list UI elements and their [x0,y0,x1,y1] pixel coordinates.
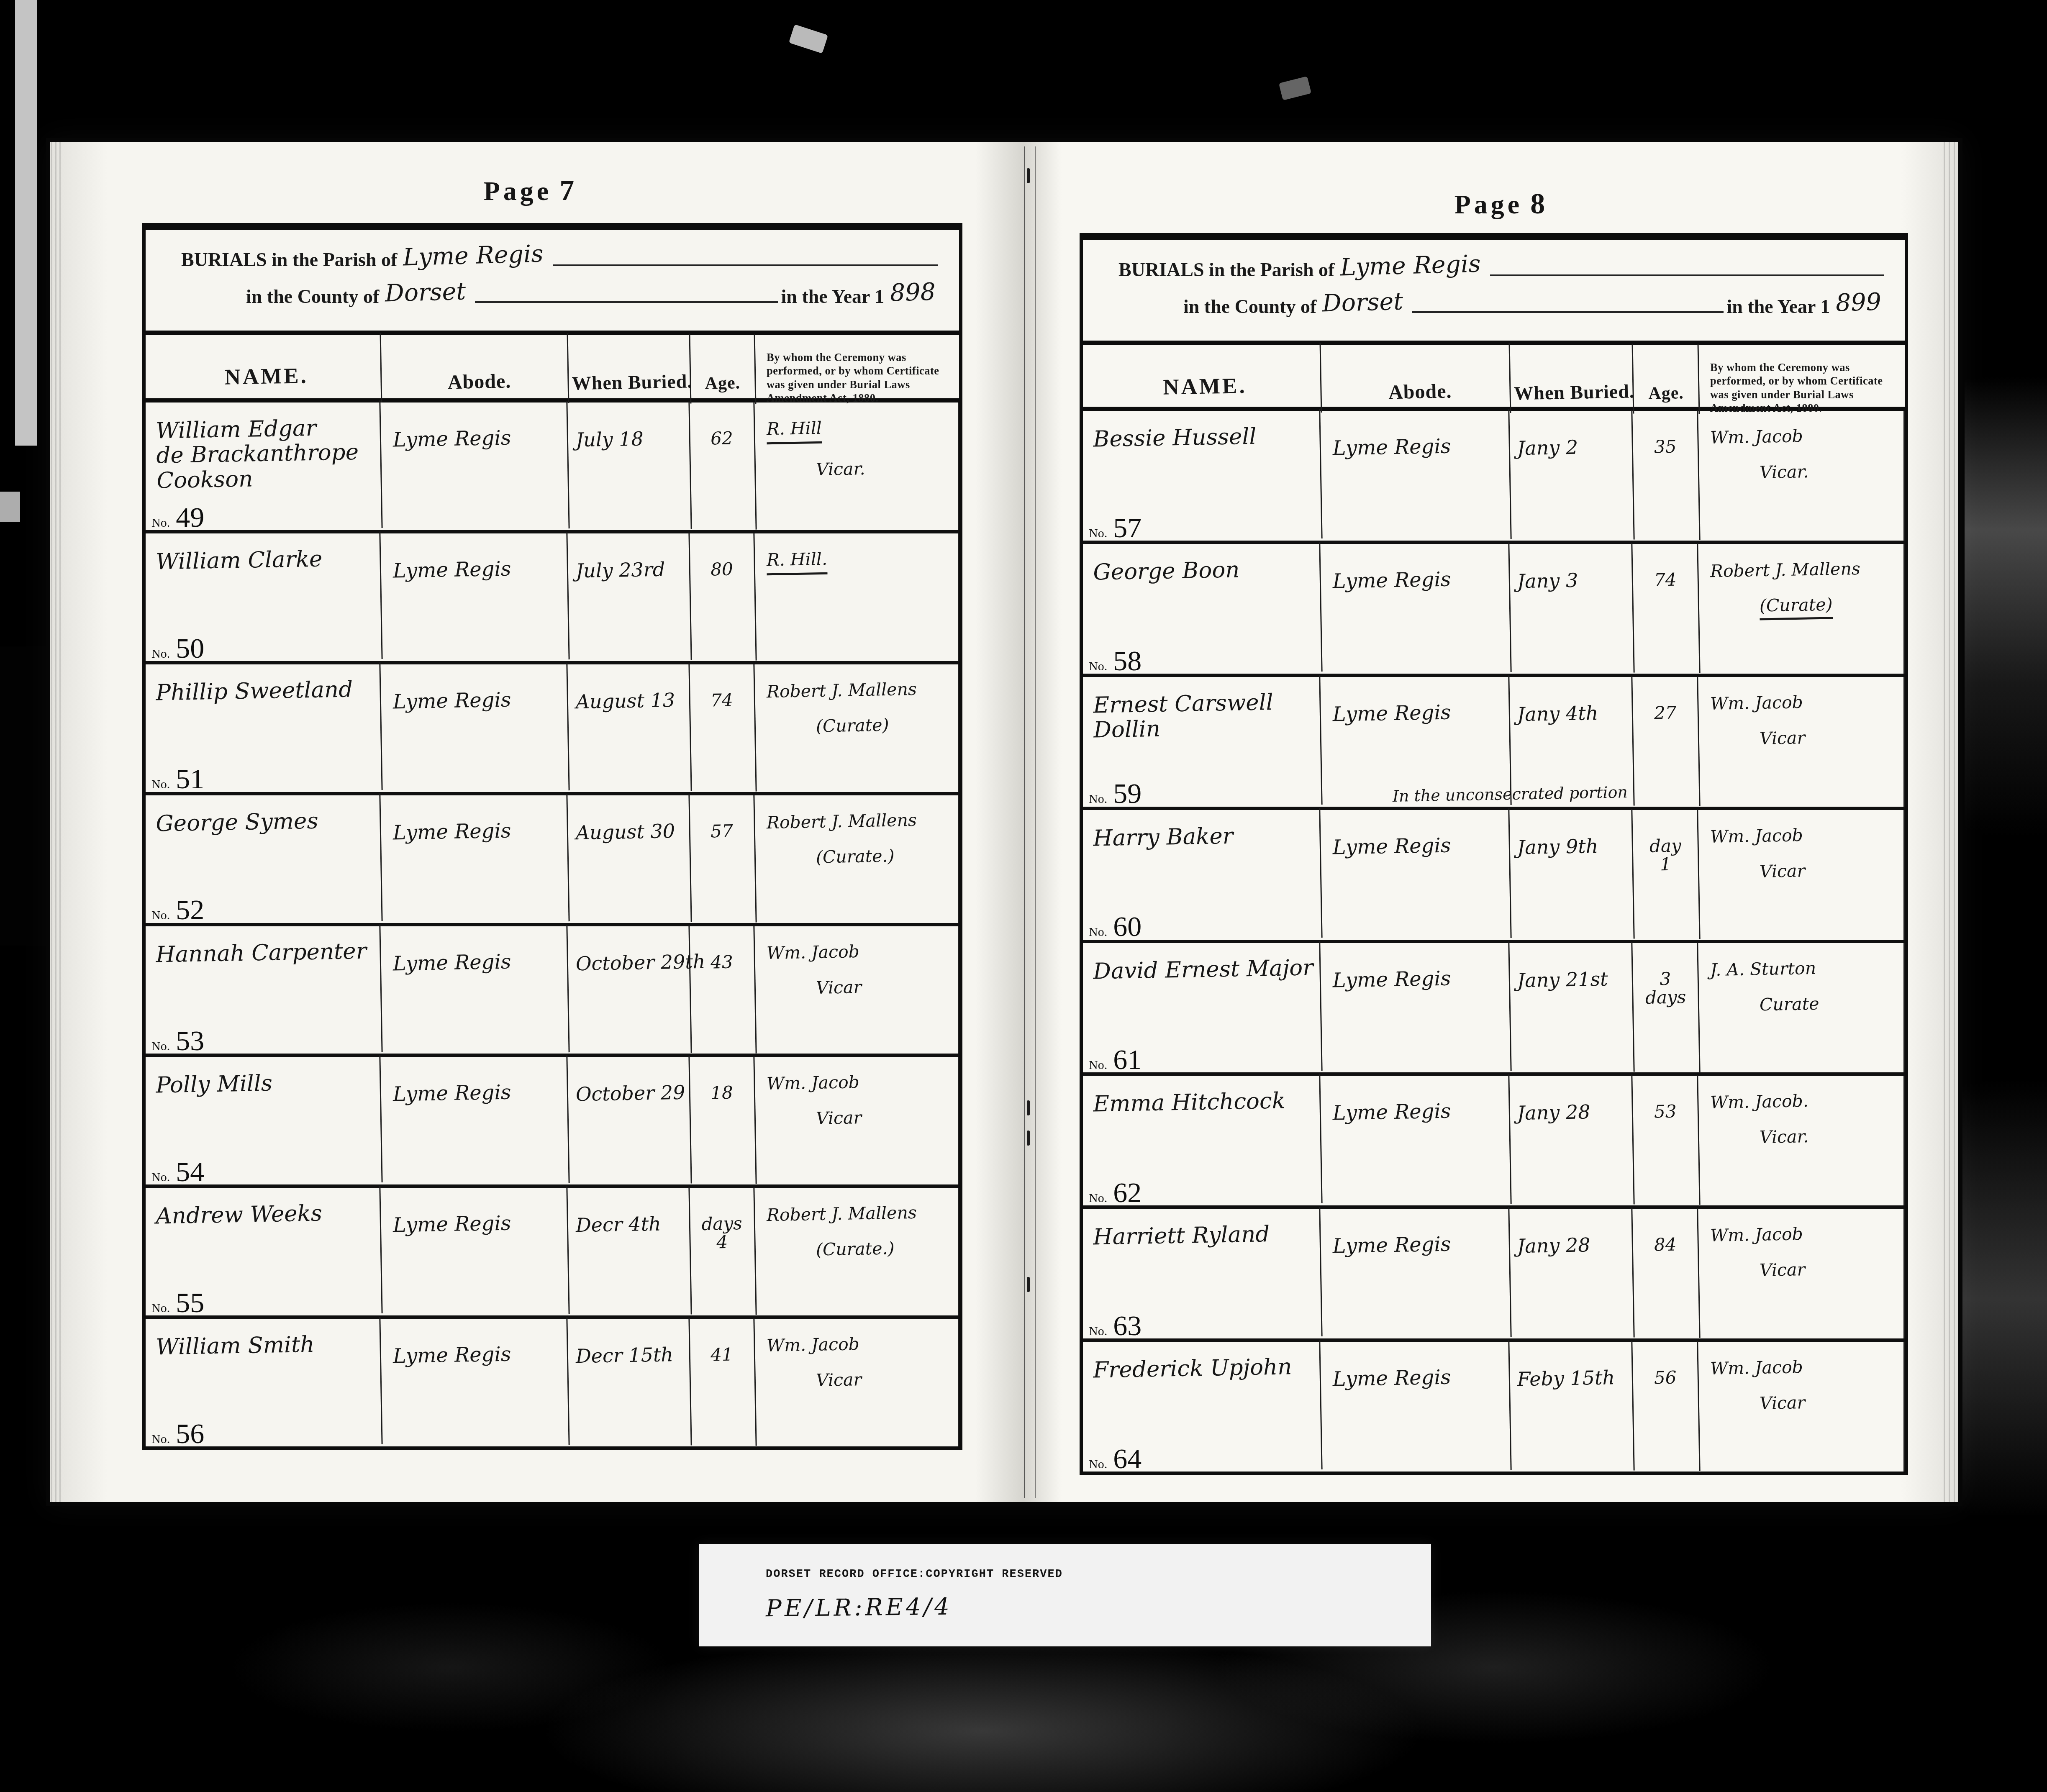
header-name: NAME. [1082,343,1322,417]
officiant-title: (Curate.) [816,846,895,867]
entry-age: 35 [1632,410,1700,541]
table-row: Phillip Sweetland Lyme Regis August 13 7… [146,664,959,795]
entry-number: No. 52 [151,897,204,923]
film-streak [1965,377,2047,837]
page-number: 8 [1530,188,1546,220]
year-prefix: in the Year 1 [1727,295,1830,318]
entry-abode: Lyme Regis [1320,1340,1511,1473]
table-row: William Smith Lyme Regis Decr 15th 41 Wm… [146,1319,959,1446]
no-label: No. [151,1432,170,1446]
officiant-title: Vicar [816,977,862,998]
entry-rows: Bessie Hussell Lyme Regis Jany 2 35 Wm. … [1083,411,1905,1472]
entry-burial-date: Jany 21st [1509,942,1635,1074]
table-row: Bessie Hussell Lyme Regis Jany 2 35 Wm. … [1083,411,1905,544]
no-value: 51 [176,766,204,792]
ruled-line [1490,268,1884,276]
entry-abode: Lyme Regis [1320,1207,1511,1340]
entry-officiant: Robert J. Mallens (Curate.) [756,1188,959,1315]
entry-number: No. 61 [1089,1047,1141,1072]
no-label: No. [1089,526,1107,541]
no-value: 55 [176,1290,204,1315]
header-name: NAME. [145,333,382,407]
entry-burial-date: Jany 28 [1509,1075,1635,1207]
page-heading-left: Page7 [50,174,1008,208]
entry-abode: Lyme Regis [380,794,569,925]
officiant-name: Robert J. Mallens [767,1202,917,1225]
page-label: Page [1454,190,1523,219]
no-label: No. [1089,659,1107,674]
entry-age: day 1 [1632,809,1700,940]
entry-age: 56 [1632,1341,1700,1472]
header-age: Age. [690,334,756,405]
entry-abode: Lyme Regis [380,1186,569,1317]
entry-age: 74 [690,664,757,792]
entry-abode: Lyme Regis [380,663,569,794]
officiant-title: Vicar [1760,1259,1806,1280]
table-row: George Symes Lyme Regis August 30 57 Rob… [146,795,959,926]
entry-age: 41 [690,1318,757,1447]
entry-burial-date: Jany 28 [1509,1208,1635,1340]
no-label: No. [1089,1324,1107,1338]
entry-abode: Lyme Regis [380,925,569,1056]
stitch-mark [1027,1277,1030,1292]
year-value: 899 [1835,288,1881,317]
officiant-title: Vicar [816,1108,862,1128]
entry-officiant: Wm. Jacob Vicar. [1699,411,1905,541]
entry-abode: Lyme Regis [380,1055,569,1186]
officiant-name: Wm. Jacob. [1710,1091,1809,1113]
entry-officiant: Robert J. Mallens (Curate) [1699,544,1905,674]
entry-number: No. 56 [151,1421,204,1446]
table-row: Andrew Weeks Lyme Regis Decr 4th days 4 … [146,1188,959,1319]
table-row: Polly Mills Lyme Regis October 29 18 Wm.… [146,1057,959,1188]
officiant-title: (Curate) [816,715,889,736]
officiant-title: Curate [1760,993,1819,1014]
county-name: Dorset [385,277,466,307]
entry-age: 53 [1632,1075,1700,1206]
entry-number: No. 58 [1089,648,1141,674]
no-label: No. [151,516,170,530]
no-value: 56 [176,1421,204,1446]
officiant-title: Vicar. [1760,461,1809,482]
table-row: Harriett Ryland Lyme Regis Jany 28 84 Wm… [1083,1209,1905,1342]
entry-officiant: Wm. Jacob Vicar [756,926,959,1054]
book-gutter [1035,146,1036,1498]
header-abode: Abode. [381,333,569,406]
entry-abode: Lyme Regis [380,401,569,532]
table-row: Ernest Carswell Dollin Lyme Regis Jany 4… [1083,677,1905,810]
header-abode: Abode. [1321,343,1511,416]
no-value: 62 [1113,1180,1141,1205]
copyright-text: DORSET RECORD OFFICE:COPYRIGHT RESERVED [766,1568,1063,1581]
no-value: 58 [1113,648,1141,674]
film-speck [789,24,828,54]
officiant-title: Vicar [816,1369,862,1390]
officiant-title: Vicar. [816,459,865,479]
entry-age: 74 [1632,543,1700,674]
ruled-line [1412,305,1723,313]
table-row: George Boon Lyme Regis Jany 3 74 Robert … [1083,544,1905,677]
header-when-buried: When Buried. [1510,344,1634,415]
table-row: Emma Hitchcock Lyme Regis Jany 28 53 Wm.… [1083,1076,1905,1209]
officiant-name: R. Hill [766,418,822,444]
parish-name: Lyme Regis [403,240,544,272]
no-label: No. [1089,1191,1107,1205]
officiant-title: Vicar. [1760,1126,1809,1147]
stitch-mark [1027,1100,1030,1115]
county-prefix: in the County of [246,285,379,308]
entry-number: No. 62 [1089,1180,1141,1205]
entry-officiant: R. Hill. [756,533,959,661]
entry-officiant: Wm. Jacob. Vicar. [1699,1076,1905,1205]
entry-age: 80 [690,533,757,662]
column-headers: NAME. Abode. When Buried. Age. By whom t… [1083,345,1905,411]
entry-number: No. 51 [151,766,204,792]
no-value: 57 [1113,515,1141,541]
entry-abode: Lyme Regis [380,1317,569,1448]
film-edge-strip [15,0,37,446]
burial-table-page-7: BURIALS in the Parish of Lyme Regis in t… [142,223,962,1450]
no-label: No. [151,908,170,923]
entry-burial-date: August 30 [567,794,692,924]
officiant-name: Wm. Jacob [1710,1224,1803,1246]
officiant-title: Vicar [1760,861,1806,882]
entry-age: 62 [690,402,757,531]
entry-abode: Lyme Regis [1320,542,1511,675]
county-prefix: in the County of [1183,295,1316,318]
officiant-name: Wm. Jacob [1710,825,1803,847]
stitch-mark [1027,168,1030,183]
page-stack-edge [1940,142,1957,1502]
table-row: David Ernest Major Lyme Regis Jany 21st … [1083,943,1905,1076]
entry-number: No. 60 [1089,914,1141,939]
entry-number: No. 64 [1089,1446,1141,1472]
no-value: 64 [1113,1446,1141,1472]
entry-officiant: Wm. Jacob Vicar [1699,810,1905,940]
register-title: BURIALS in the Parish of Lyme Regis in t… [146,230,959,335]
entry-number: No. 54 [151,1159,204,1184]
table-row: Hannah Carpenter Lyme Regis October 29th… [146,926,959,1057]
officiant-name: Wm. Jacob [1710,692,1803,714]
register-book-spread: Page7 Page8 BURIALS in the Parish of Lym… [46,138,1962,1506]
ruled-line [475,295,777,303]
page-stack-edge [51,142,64,1502]
officiant-name: Wm. Jacob [1710,1357,1803,1379]
entry-officiant: R. Hill Vicar. [756,402,959,530]
entry-rows: William Edgar de Brackanthrope Cookson L… [146,402,959,1446]
page-heading-right: Page8 [1034,187,1967,221]
no-label: No. [1089,1058,1107,1072]
film-frame: { "labels": { "page": "Page", "no": "No.… [0,0,2047,1792]
table-row: Harry Baker Lyme Regis Jany 9th day 1 Wm… [1083,810,1905,943]
burials-prefix: BURIALS in the Parish of [1118,259,1334,281]
entry-burial-date: October 29 [567,1056,692,1186]
entry-age: 57 [690,795,757,923]
no-label: No. [1089,792,1107,806]
entry-number: No. 53 [151,1028,204,1054]
year-value: 898 [890,278,936,307]
officiant-name: J. A. Sturton [1710,958,1816,979]
book-gutter [1024,146,1025,1498]
county-name: Dorset [1322,287,1403,317]
officiant-title: (Curate.) [816,1238,895,1260]
no-value: 60 [1113,914,1141,939]
no-value: 54 [176,1159,204,1184]
no-label: No. [151,1039,170,1054]
officiant-name: Wm. Jacob [1710,426,1803,448]
entry-number: No. 59 [1089,781,1141,806]
header-officiant: By whom the Ceremony was performed, or b… [756,335,959,405]
entry-officiant: Wm. Jacob Vicar [1699,1209,1905,1338]
no-value: 52 [176,897,204,923]
no-value: 61 [1113,1047,1141,1072]
officiant-name: Wm. Jacob [767,1072,860,1094]
entry-burial-date: Jany 2 [1509,410,1635,541]
register-title: BURIALS in the Parish of Lyme Regis in t… [1083,240,1905,345]
entry-burial-date: August 13 [567,663,692,793]
ruled-line [553,258,938,266]
officiant-title: Vicar [1760,728,1806,749]
parish-name: Lyme Regis [1340,250,1481,282]
entry-number: No. 50 [151,636,204,661]
entry-burial-date: July 18 [567,401,692,531]
officiant-name: Robert J. Mallens [767,679,917,702]
no-value: 63 [1113,1313,1141,1338]
no-value: 53 [176,1028,204,1054]
no-label: No. [151,1170,170,1184]
header-age: Age. [1633,344,1700,415]
entry-age: 43 [690,925,757,1054]
entry-officiant: Wm. Jacob Vicar [1699,1342,1905,1472]
no-label: No. [151,647,170,661]
officiant-name: Wm. Jacob [767,941,860,963]
no-label: No. [1089,925,1107,939]
entry-number: No. 63 [1089,1313,1141,1338]
film-streak [1958,1079,2047,1519]
film-speck [1279,76,1311,100]
entry-age: days 4 [690,1187,757,1316]
archive-label: DORSET RECORD OFFICE:COPYRIGHT RESERVED … [699,1544,1431,1646]
officiant-title: Vicar [1760,1392,1806,1413]
burial-table-page-8: BURIALS in the Parish of Lyme Regis in t… [1080,233,1908,1475]
no-label: No. [151,777,170,792]
no-value: 49 [176,505,204,530]
entry-officiant: Robert J. Mallens (Curate) [756,664,959,792]
table-row: William Clarke Lyme Regis July 23rd 80 R… [146,533,959,664]
entry-number: No. 55 [151,1290,204,1315]
officiant-name: R. Hill. [766,549,827,576]
entry-officiant: J. A. Sturton Curate [1699,943,1905,1073]
entry-officiant: Wm. Jacob Vicar [756,1319,959,1446]
page-number: 7 [559,174,575,207]
column-headers: NAME. Abode. When Buried. Age. By whom t… [146,335,959,402]
entry-burial-date: Decr 15th [567,1318,692,1448]
entry-abode: Lyme Regis [1320,941,1511,1074]
entry-age: 84 [1632,1208,1700,1339]
stitch-mark [1027,1131,1030,1146]
entry-age: 18 [690,1056,757,1185]
entry-abode: Lyme Regis [1320,1074,1511,1207]
entry-burial-date: Feby 15th [1509,1341,1635,1473]
no-value: 50 [176,636,204,661]
entry-number: No. 57 [1089,515,1141,541]
entry-age: 3 days [1632,942,1700,1073]
entry-burial-date: Jany 3 [1509,543,1635,674]
entry-abode: Lyme Regis [1320,808,1511,941]
officiant-title: (Curate) [1759,594,1833,620]
no-label: No. [1089,1457,1107,1472]
header-officiant: By whom the Ceremony was performed, or b… [1699,345,1905,415]
film-edge-chip [0,492,20,522]
officiant-name: Wm. Jacob [767,1334,860,1356]
table-row: Frederick Upjohn Lyme Regis Feby 15th 56… [1083,1342,1905,1472]
officiant-name: Robert J. Mallens [1710,559,1861,581]
table-row: William Edgar de Brackanthrope Cookson L… [146,402,959,533]
burials-prefix: BURIALS in the Parish of [181,249,397,271]
entry-abode: Lyme Regis [380,532,569,663]
entry-burial-date: Jany 9th [1509,809,1635,941]
year-prefix: in the Year 1 [781,285,885,308]
entry-officiant: Robert J. Mallens (Curate.) [756,795,959,923]
entry-burial-date: July 23rd [567,532,692,662]
header-when-buried: When Buried. [568,333,691,405]
reference-code: PE/LR:RE4/4 [766,1593,952,1623]
entry-number: No. 49 [151,505,204,530]
officiant-name: Robert J. Mallens [767,810,917,832]
no-value: 59 [1113,781,1141,806]
entry-burial-date: Decr 4th [567,1187,692,1317]
no-label: No. [151,1301,170,1315]
entry-abode: Lyme Regis [1320,409,1511,542]
entry-officiant: Wm. Jacob Vicar [756,1057,959,1184]
page-label: Page [484,176,552,206]
entry-burial-date: October 29th [567,925,692,1055]
